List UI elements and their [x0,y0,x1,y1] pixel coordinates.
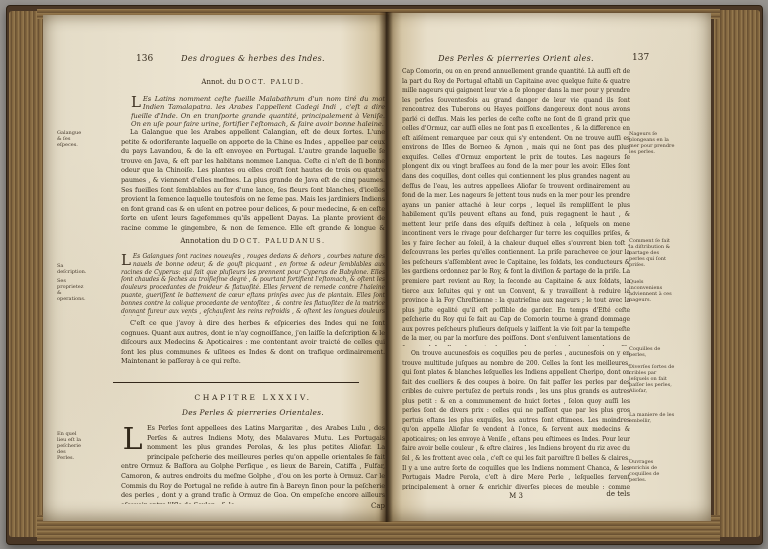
chapter-heading: CHAPITRE LXXXIV. [121,393,385,402]
chapter-subtitle: Des Perles & pierreries Orientales. [121,408,385,417]
right-page: Des Perles & pierreries Orient ales. 137… [389,13,711,521]
drop-cap: L [131,96,141,109]
annotation-text: Es Latins nomment ceſte fueille Malabath… [131,95,385,128]
page-edges-left [9,11,44,537]
margin-note: Ouvrages enrichis de coquilles de perles… [629,460,675,484]
body-paragraph: C'eſt ce que j'avoy à dire des herbes & … [121,319,385,367]
annotation-paragraph: LEs Latins nomment ceſte fueille Malabat… [131,95,385,129]
margin-note: Sa deſcription. [57,264,84,276]
body-paragraph: On trouve aucunesfois es coquilles peu d… [402,349,630,490]
drop-cap: L [121,426,144,453]
annotation-heading-name: Doct. Palud. [238,78,304,86]
book-gutter [379,12,393,522]
margin-note: Nageurs ſe plongeans en la mer pour pren… [629,132,675,156]
chapter-paragraph: LEs Perles ſont appellees des Latins Mar… [121,424,385,504]
body-paragraph: Cap Comorin, ou on en prend annuellement… [402,67,630,346]
margin-note: Ses proprietez & operations. [57,279,84,303]
annotation-text: Es Galangues ſont racines noueuſes , rou… [121,253,385,316]
chapter-text: Es Perles ſont appellees des Latins Marg… [121,424,385,504]
margin-note: Diverſes ſortes de cribles par leſquels … [629,365,675,395]
annotation-heading: Annotation du Doct. Paludanus. [121,237,385,245]
annotation-heading-prefix: Annotation du [180,237,230,245]
margin-note: Quels inconveniens adviennent à ces nage… [629,280,675,304]
catchword: de tels [402,490,630,498]
margin-note: Comment ſe fait la diſtribution & partag… [629,239,675,269]
annotation-heading: Annot. du Doct. Palud. [121,78,385,86]
margin-note: La maniere de les embellir, [629,413,675,425]
annotation-paragraph: LEs Galangues ſont racines noueuſes , ro… [121,253,385,316]
running-header: Des drogues & herbes des Indes. [121,54,385,63]
margin-note: Galangue & ſes eſpeces. [57,131,84,149]
annotation-heading-name: Doct. Paludanus. [233,237,326,245]
body-paragraph: La Galangue que les Arabes appellent Cal… [121,128,385,235]
page-number: 137 [632,53,649,63]
margin-note: En quel lieu eſt la peſcherie des Perles… [57,432,84,462]
photo-background: 136 Des drogues & herbes des Indes. Anno… [0,0,768,549]
section-rule [113,382,359,383]
page-edges-right [714,10,760,537]
annotation-heading-prefix: Annot. du [201,78,236,86]
catchword: Cap [121,502,385,510]
open-book: 136 Des drogues & herbes des Indes. Anno… [6,5,763,545]
running-header: Des Perles & pierreries Orient ales. [402,54,630,63]
drop-cap: L [121,254,131,267]
left-page: 136 Des drogues & herbes des Indes. Anno… [43,15,389,521]
margin-note: Coquilles de perles, [629,347,675,359]
